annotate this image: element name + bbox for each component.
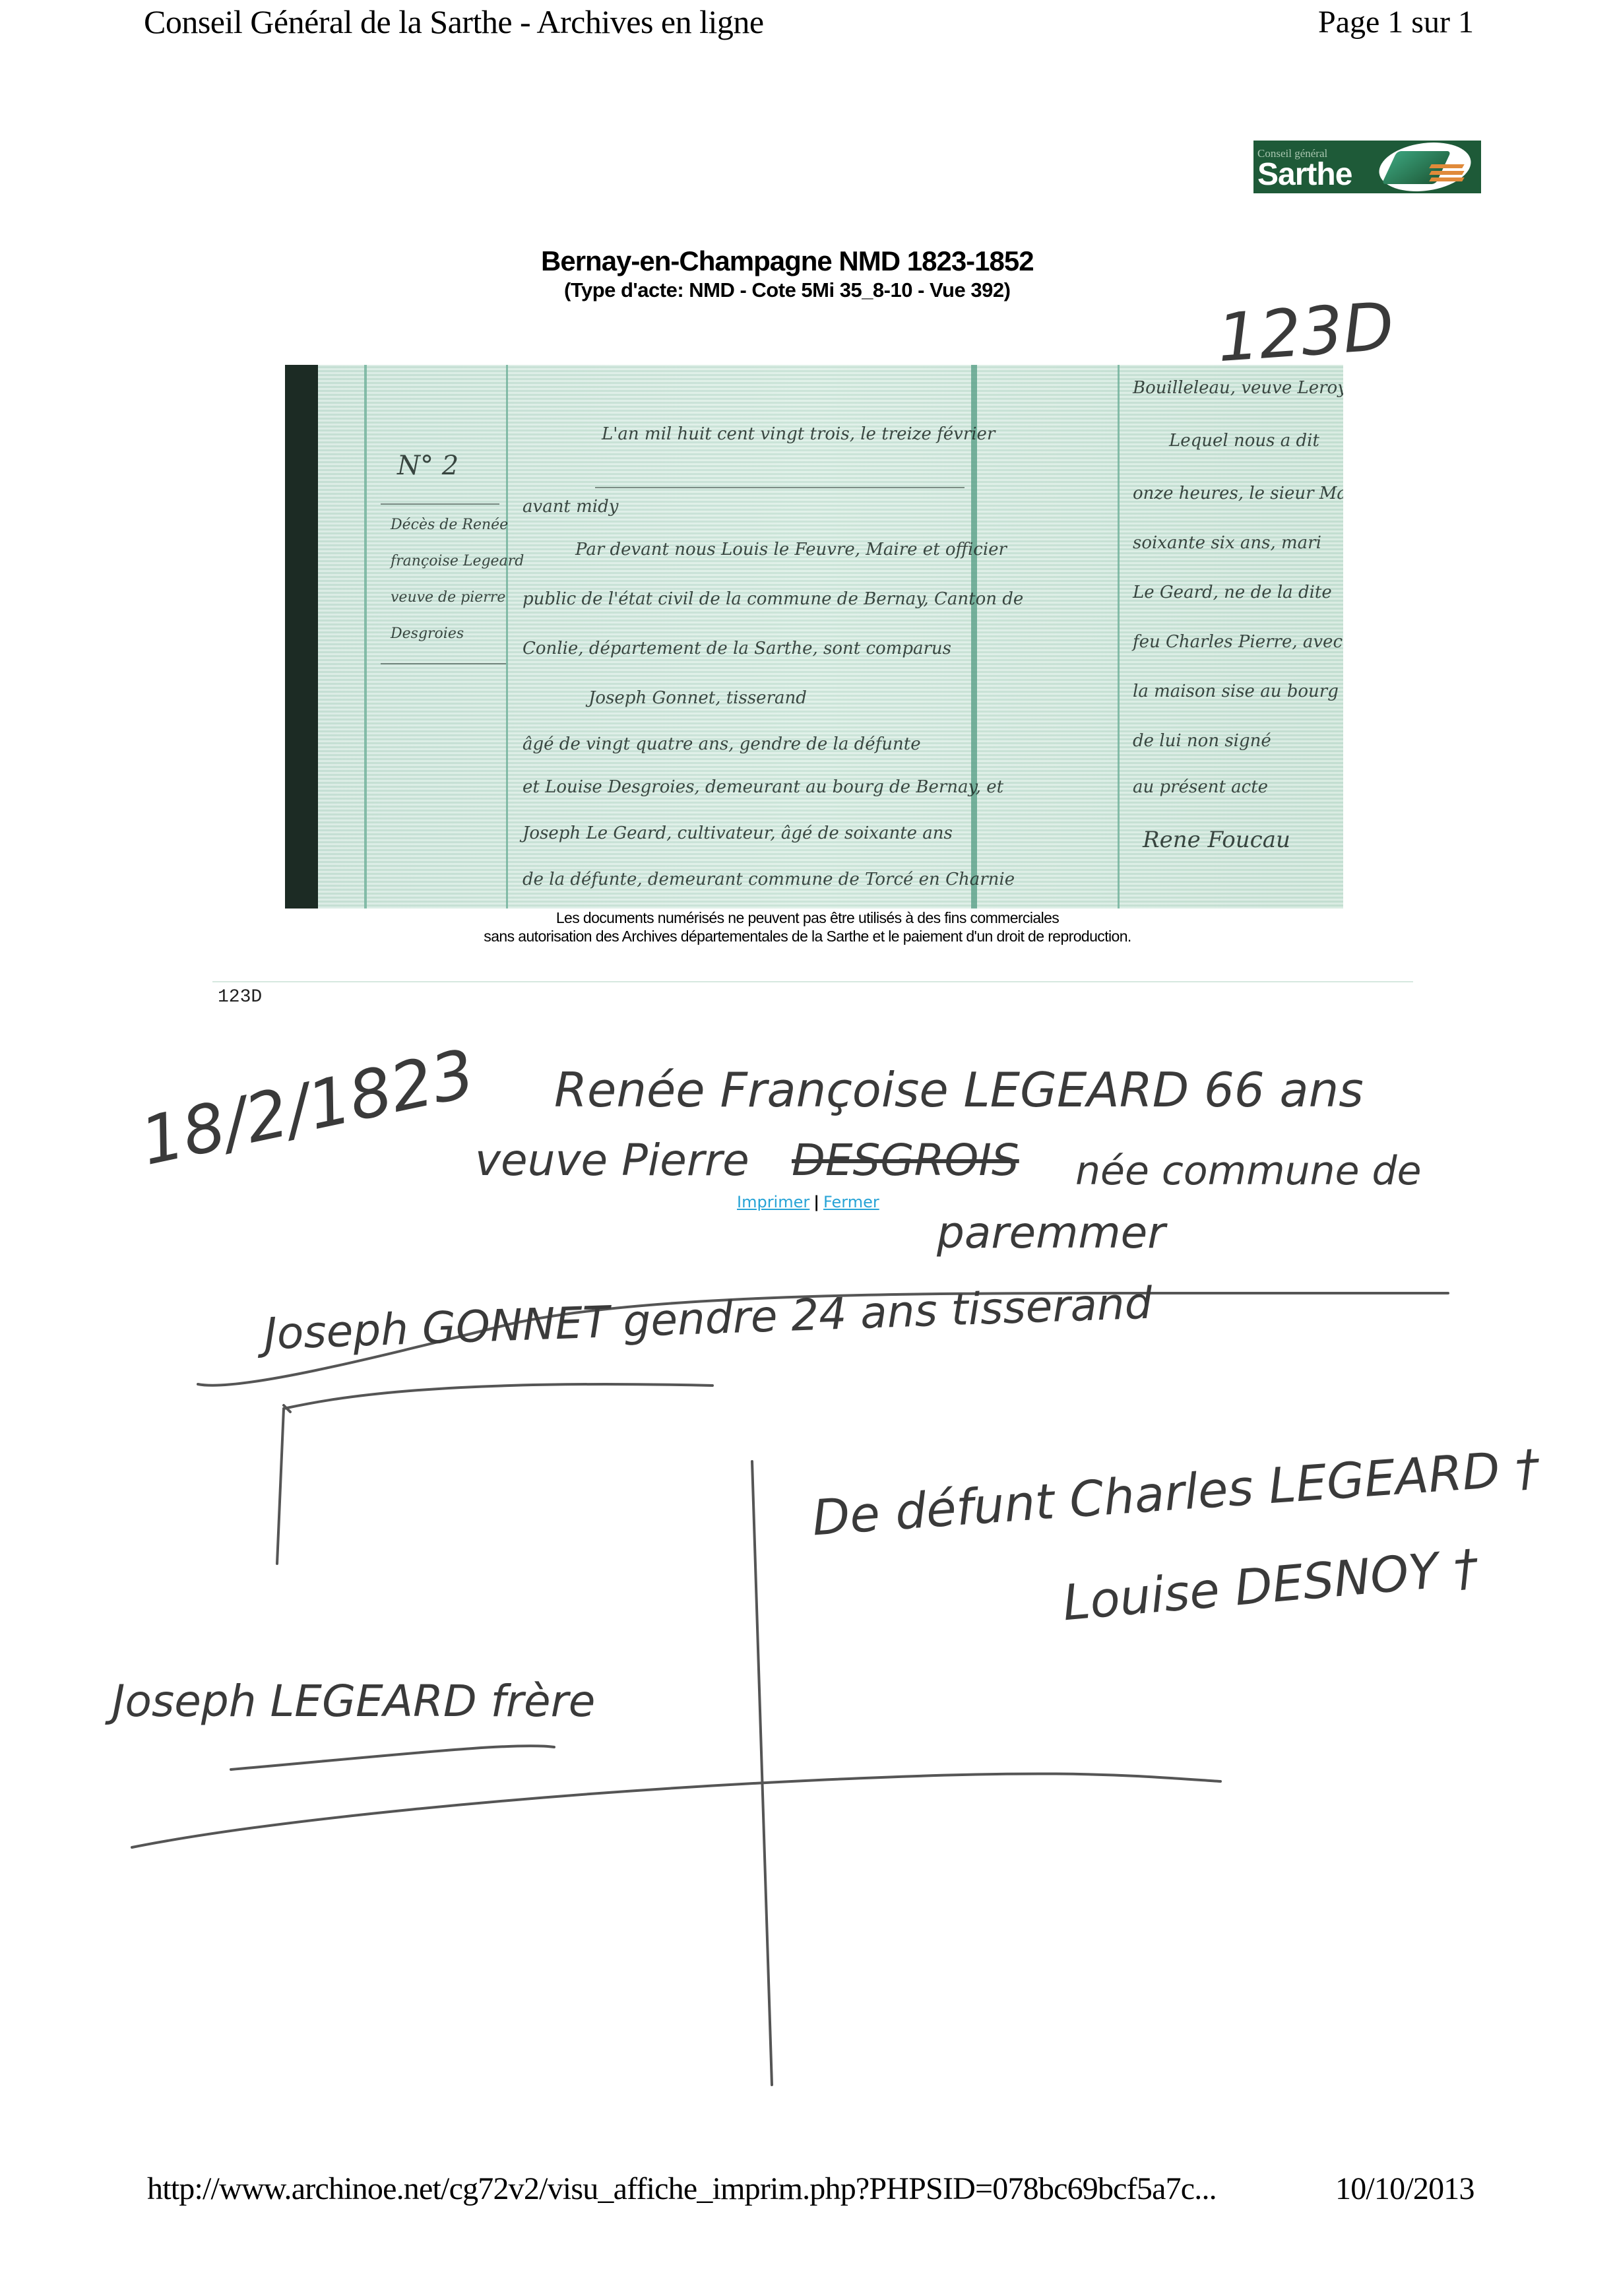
- handwritten-corner-ref: 123D: [1215, 288, 1396, 377]
- divider: [212, 981, 1413, 982]
- copyright-line-1: Les documents numérisés ne peuvent pas ê…: [0, 909, 1615, 927]
- handwritten-line-6: Louise DESNOY †: [1060, 1539, 1480, 1632]
- document-title: Bernay-en-Champagne NMD 1823-1852: [541, 245, 1034, 277]
- ruling-line: [381, 663, 506, 664]
- handwritten-line-7: Joseph LEGEARD frère: [112, 1676, 595, 1727]
- document-subtitle: (Type d'acte: NMD - Cote 5Mi 35_8-10 - V…: [564, 278, 1010, 302]
- book-spine: [285, 365, 318, 909]
- sarthe-logo: Conseil général Sarthe: [1253, 141, 1481, 193]
- print-footer-url: http://www.archinoe.net/cg72v2/visu_affi…: [147, 2171, 1217, 2207]
- handwritten-line-2a: veuve Pierre: [475, 1135, 749, 1186]
- reference-code: 123D: [218, 987, 262, 1007]
- copyright-notice: Les documents numérisés ne peuvent pas ê…: [0, 909, 1615, 945]
- margin-note-number: N° 2: [397, 451, 459, 481]
- handwritten-line-5: De défunt Charles LEGEARD †: [810, 1440, 1541, 1547]
- action-links: Imprimer|Fermer: [737, 1193, 879, 1211]
- ruling-line: [381, 503, 499, 505]
- print-header-title: Conseil Général de la Sarthe - Archives …: [144, 3, 764, 41]
- handwritten-date: 18/2/1823: [134, 1035, 481, 1180]
- copyright-line-2: sans autorisation des Archives départeme…: [0, 927, 1615, 945]
- print-link[interactable]: Imprimer: [737, 1193, 809, 1211]
- ruling-line: [971, 365, 977, 909]
- scanned-register-image: N° 2 Décès de Renée françoise Legeard ve…: [285, 365, 1343, 909]
- logo-name: Sarthe: [1257, 156, 1352, 193]
- link-separator: |: [813, 1193, 819, 1211]
- ruling-line: [364, 365, 367, 909]
- handwritten-line-3: paremmer: [937, 1207, 1165, 1258]
- close-link[interactable]: Fermer: [823, 1193, 879, 1211]
- print-footer-date: 10/10/2013: [1335, 2171, 1474, 2207]
- handwritten-line-1: Renée Françoise LEGEARD 66 ans: [554, 1062, 1364, 1118]
- handwritten-line-2c: née commune de: [1075, 1148, 1422, 1194]
- ruling-line: [506, 365, 508, 909]
- ruling-line: [595, 487, 965, 488]
- page-number: Page 1 sur 1: [1318, 4, 1474, 40]
- handwritten-line-2b: DESGROIS: [792, 1135, 1019, 1186]
- logo-stripes-icon: [1430, 164, 1463, 184]
- handwritten-line-4: Joseph GONNET gendre 24 ans tisserand: [263, 1278, 1153, 1360]
- ruling-line: [1118, 365, 1120, 909]
